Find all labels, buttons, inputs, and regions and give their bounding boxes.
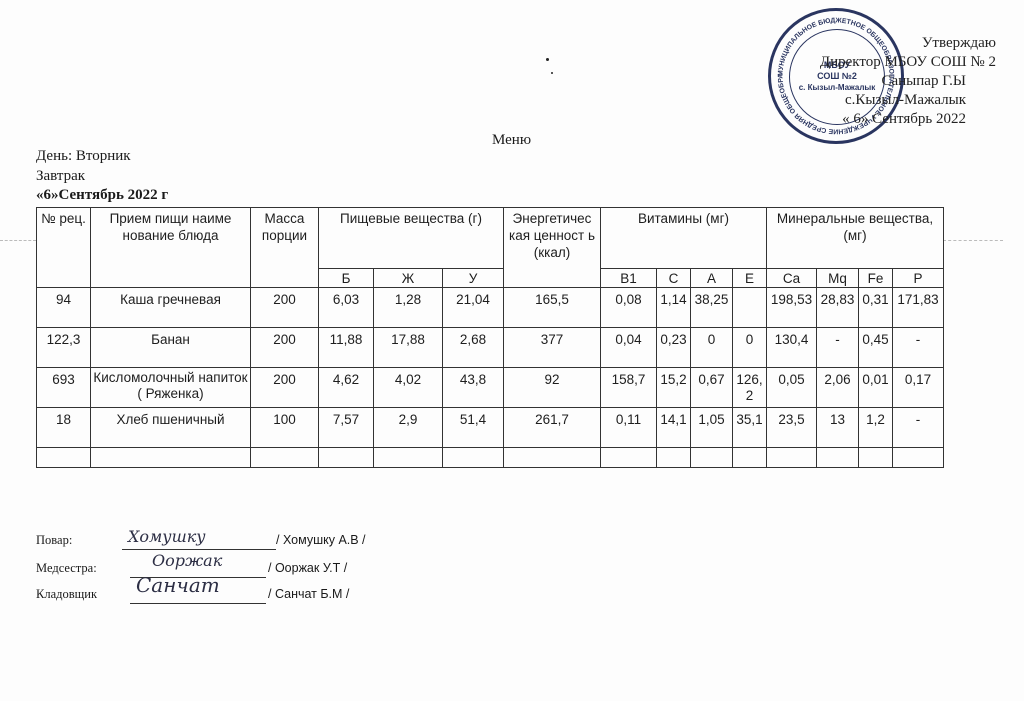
subheader-fat: Ж — [374, 269, 443, 288]
speck — [546, 58, 549, 61]
approval-line-3: Саныпар Г.Ы — [820, 72, 966, 91]
cell-a: 0 — [691, 328, 733, 368]
cell-protein: 7,57 — [319, 408, 374, 448]
cell-p: - — [893, 408, 944, 448]
cell-carbs: 21,04 — [443, 288, 504, 328]
subheader-carbs: У — [443, 269, 504, 288]
subheader-protein: Б — [319, 269, 374, 288]
cell-portion: 200 — [251, 288, 319, 328]
cell-c: 14,1 — [657, 408, 691, 448]
cell-recipe-no: 693 — [37, 368, 91, 408]
table-header-row: № рец. Прием пищи наиме нование блюда Ма… — [37, 208, 944, 269]
handwritten-signature: Хомушку — [128, 527, 206, 546]
table-row: 18 Хлеб пшеничный 100 7,57 2,9 51,4 261,… — [37, 408, 944, 448]
cell-recipe-no: 94 — [37, 288, 91, 328]
approval-line-1: Утверждаю — [820, 34, 996, 53]
scan-artifact — [0, 240, 36, 241]
cell-b1: 0,04 — [601, 328, 657, 368]
cell-p: - — [893, 328, 944, 368]
day-label: День: — [36, 148, 72, 164]
cell-fe: 0,45 — [859, 328, 893, 368]
cell-c: 1,14 — [657, 288, 691, 328]
signature-role: Медсестра: — [36, 561, 97, 576]
cell-fe: 1,2 — [859, 408, 893, 448]
subheader-e: E — [733, 269, 767, 288]
cell-fat: 1,28 — [374, 288, 443, 328]
cell-recipe-no: 122,3 — [37, 328, 91, 368]
signatory-name: / Хомушку А.В / — [276, 533, 366, 547]
day-value: Вторник — [76, 148, 131, 164]
header-dish-name: Прием пищи наиме нование блюда — [91, 208, 251, 288]
cell-ca: 130,4 — [767, 328, 817, 368]
meal-type: Завтрак — [36, 168, 85, 185]
header-energy: Энергетичес кая ценност ь (ккал) — [504, 208, 601, 288]
scan-artifact — [943, 240, 1003, 241]
cell-p: 171,83 — [893, 288, 944, 328]
cell-e — [733, 288, 767, 328]
subheader-a: A — [691, 269, 733, 288]
approval-block: Утверждаю Директор МБОУ СОШ № 2 Саныпар … — [820, 34, 996, 129]
document-date: «6»Сентябрь 2022 г — [36, 187, 168, 204]
cell-dish: Кисломолочный напиток ( Ряженка) — [91, 368, 251, 408]
cell-mq: 13 — [817, 408, 859, 448]
cell-fe: 0,01 — [859, 368, 893, 408]
cell-a: 1,05 — [691, 408, 733, 448]
table-row-empty — [37, 448, 944, 468]
cell-carbs: 2,68 — [443, 328, 504, 368]
handwritten-signature: Санчат — [136, 573, 220, 597]
cell-p: 0,17 — [893, 368, 944, 408]
cell-dish: Хлеб пшеничный — [91, 408, 251, 448]
cell-energy: 92 — [504, 368, 601, 408]
cell-protein: 6,03 — [319, 288, 374, 328]
cell-ca: 23,5 — [767, 408, 817, 448]
cell-mq: 2,06 — [817, 368, 859, 408]
cell-energy: 261,7 — [504, 408, 601, 448]
cell-carbs: 51,4 — [443, 408, 504, 448]
cell-mq: - — [817, 328, 859, 368]
subheader-b1: B1 — [601, 269, 657, 288]
cell-energy: 165,5 — [504, 288, 601, 328]
header-portion: Масса порции — [251, 208, 319, 288]
signature-row-storekeeper: Кладовщик Санчат / Санчат Б.М / — [36, 587, 436, 607]
cell-a: 0,67 — [691, 368, 733, 408]
cell-dish: Каша гречневая — [91, 288, 251, 328]
header-nutrients: Пищевые вещества (г) — [319, 208, 504, 269]
cell-b1: 158,7 — [601, 368, 657, 408]
subheader-mq: Mq — [817, 269, 859, 288]
cell-c: 0,23 — [657, 328, 691, 368]
cell-protein: 11,88 — [319, 328, 374, 368]
handwritten-signature: Ооржак — [152, 551, 222, 570]
cell-ca: 0,05 — [767, 368, 817, 408]
cell-fe: 0,31 — [859, 288, 893, 328]
cell-ca: 198,53 — [767, 288, 817, 328]
cell-fat: 17,88 — [374, 328, 443, 368]
header-minerals: Минеральные вещества, (мг) — [767, 208, 944, 269]
cell-b1: 0,08 — [601, 288, 657, 328]
cell-energy: 377 — [504, 328, 601, 368]
subheader-c: C — [657, 269, 691, 288]
cell-mq: 28,83 — [817, 288, 859, 328]
menu-table: № рец. Прием пищи наиме нование блюда Ма… — [36, 207, 944, 468]
cell-portion: 200 — [251, 368, 319, 408]
cell-recipe-no: 18 — [37, 408, 91, 448]
signatory-name: / Санчат Б.М / — [268, 587, 349, 601]
signature-row-cook: Повар: Хомушку / Хомушку А.В / — [36, 533, 436, 553]
header-vitamins: Витамины (мг) — [601, 208, 767, 269]
cell-portion: 200 — [251, 328, 319, 368]
approval-line-4: с.Кызыл-Мажалык — [820, 91, 966, 110]
speck — [551, 72, 553, 74]
cell-portion: 100 — [251, 408, 319, 448]
cell-e: 0 — [733, 328, 767, 368]
cell-a: 38,25 — [691, 288, 733, 328]
table-row: 122,3 Банан 200 11,88 17,88 2,68 377 0,0… — [37, 328, 944, 368]
cell-carbs: 43,8 — [443, 368, 504, 408]
signature-role: Кладовщик — [36, 587, 97, 602]
subheader-ca: Ca — [767, 269, 817, 288]
cell-fat: 4,02 — [374, 368, 443, 408]
header-recipe-no: № рец. — [37, 208, 91, 288]
cell-fat: 2,9 — [374, 408, 443, 448]
table-row: 693 Кисломолочный напиток ( Ряженка) 200… — [37, 368, 944, 408]
table-row: 94 Каша гречневая 200 6,03 1,28 21,04 16… — [37, 288, 944, 328]
cell-e: 126,2 — [733, 368, 767, 408]
approval-line-5: « 6» Сентябрь 2022 — [820, 110, 966, 129]
signature-row-nurse: Медсестра: Ооржак / Ооржак У.Т / — [36, 561, 436, 581]
signature-role: Повар: — [36, 533, 72, 548]
cell-b1: 0,11 — [601, 408, 657, 448]
cell-protein: 4,62 — [319, 368, 374, 408]
approval-line-2: Директор МБОУ СОШ № 2 — [820, 53, 996, 72]
day-line: День: Вторник — [36, 148, 131, 165]
subheader-fe: Fe — [859, 269, 893, 288]
cell-c: 15,2 — [657, 368, 691, 408]
cell-e: 35,1 — [733, 408, 767, 448]
subheader-p: P — [893, 269, 944, 288]
cell-dish: Банан — [91, 328, 251, 368]
signatory-name: / Ооржак У.Т / — [268, 561, 347, 575]
document-title: Меню — [492, 132, 531, 149]
